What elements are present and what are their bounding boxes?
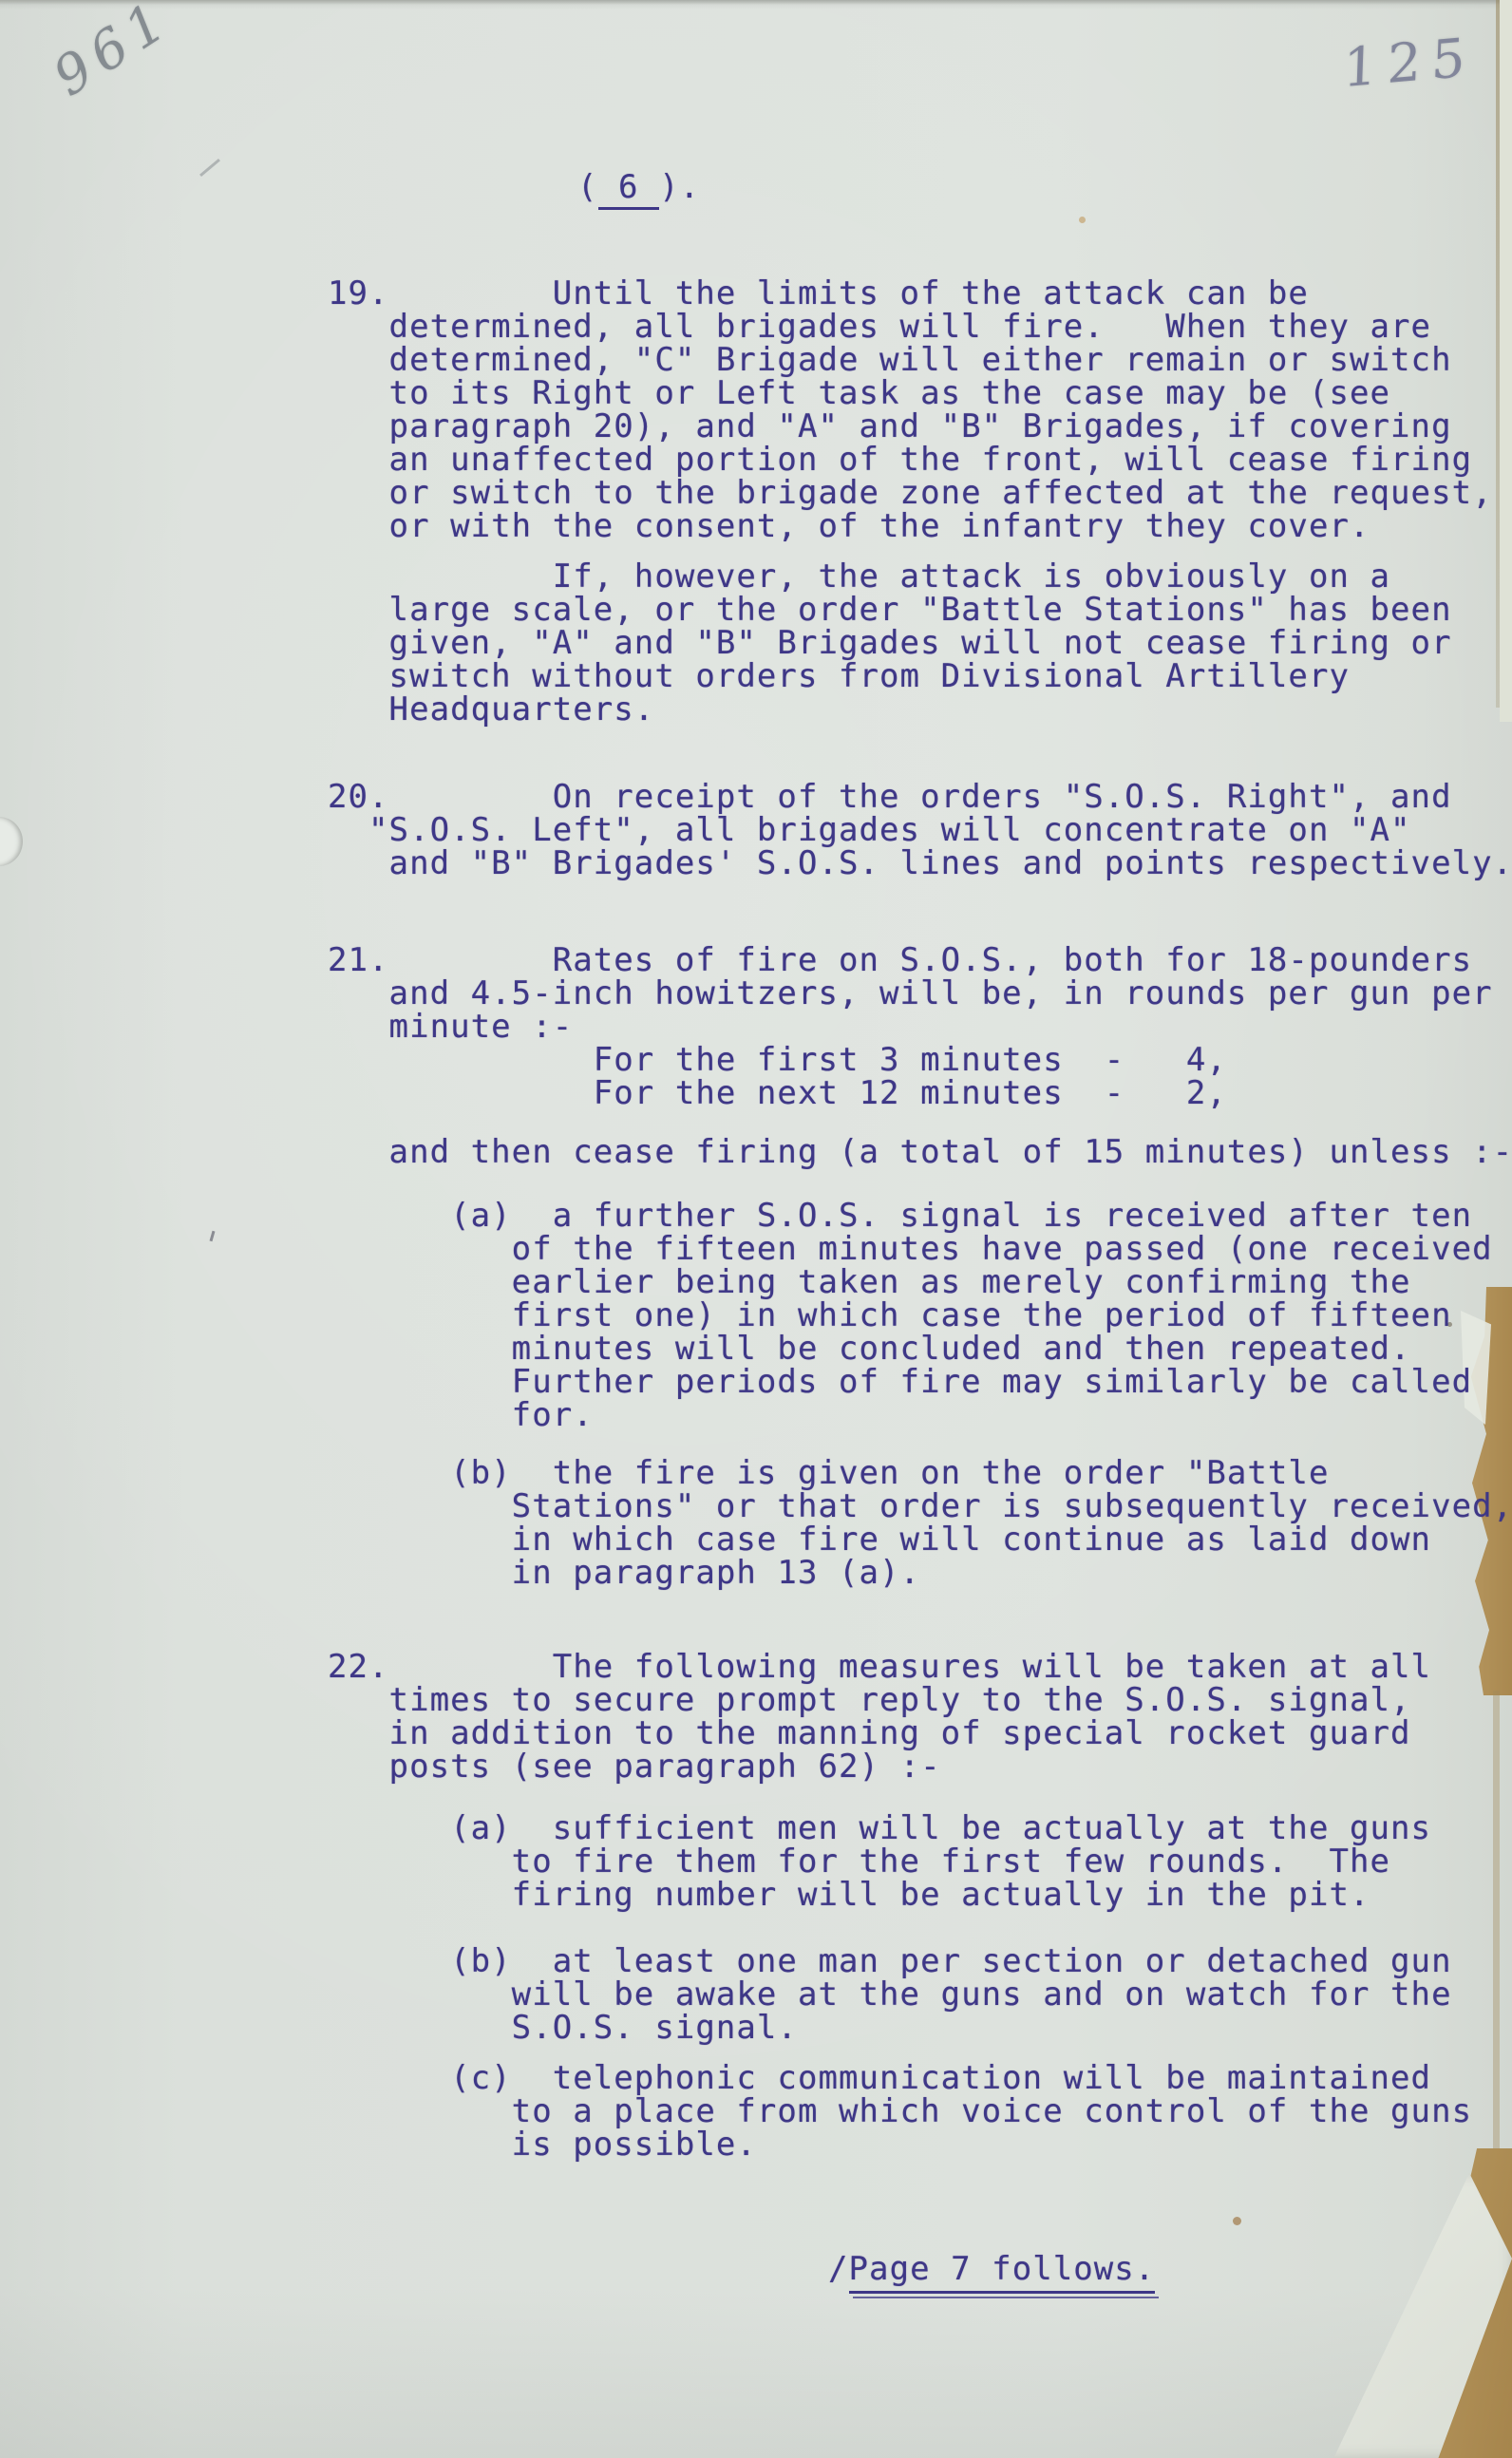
paragraph-21-continuation: and then cease firing (a total of 15 min…: [328, 1136, 1512, 1169]
page-number-stamp: 125: [1342, 27, 1477, 101]
paragraph-21-intro: 21. Rates of fire on S.O.S., both for 18…: [328, 944, 1493, 1110]
page-footer: /Page 7 follows.: [828, 2253, 1155, 2286]
paragraph-21-item-a: (a) a further S.O.S. signal is received …: [328, 1200, 1493, 1432]
page-crease: [1496, 0, 1500, 708]
stain-speck: [1079, 217, 1086, 223]
pencil-margin-tick: [210, 1231, 216, 1241]
paragraph-19-part-2: If, however, the attack is obviously on …: [328, 560, 1452, 727]
paragraph-22-intro: 22. The following measures will be taken…: [328, 1651, 1431, 1784]
paragraph-21-item-b: (b) the fire is given on the order "Batt…: [328, 1457, 1512, 1590]
page-heading: ( 6 ).: [577, 171, 700, 204]
heading-close-paren: ).: [659, 168, 700, 206]
page-edge-line: [1493, 1691, 1500, 2165]
paragraph-22-item-a: (a) sufficient men will be actually at t…: [328, 1812, 1431, 1912]
heading-open-paren: (: [577, 168, 598, 206]
footer-next-page-note: Page 7 follows.: [849, 2250, 1156, 2294]
stain-speck: [1233, 2217, 1241, 2225]
pencil-stray-mark: [199, 159, 220, 177]
punch-hole: [0, 817, 23, 866]
handwritten-number: 961: [43, 0, 183, 108]
page-right-margin-edge: [1500, 0, 1512, 722]
scan-top-edge: [0, 0, 1512, 5]
scanned-document-page: 961 125 ( 6 ). 19. Until the limits of t…: [0, 0, 1512, 2458]
paragraph-20: 20. On receipt of the orders "S.O.S. Rig…: [328, 781, 1512, 880]
heading-page-number: 6: [598, 168, 660, 210]
footer-slash: /: [828, 2250, 849, 2288]
paragraph-19-part-1: 19. Until the limits of the attack can b…: [328, 277, 1493, 543]
paragraph-22-item-b: (b) at least one man per section or deta…: [328, 1945, 1452, 2045]
paragraph-22-item-c: (c) telephonic communication will be mai…: [328, 2062, 1472, 2162]
